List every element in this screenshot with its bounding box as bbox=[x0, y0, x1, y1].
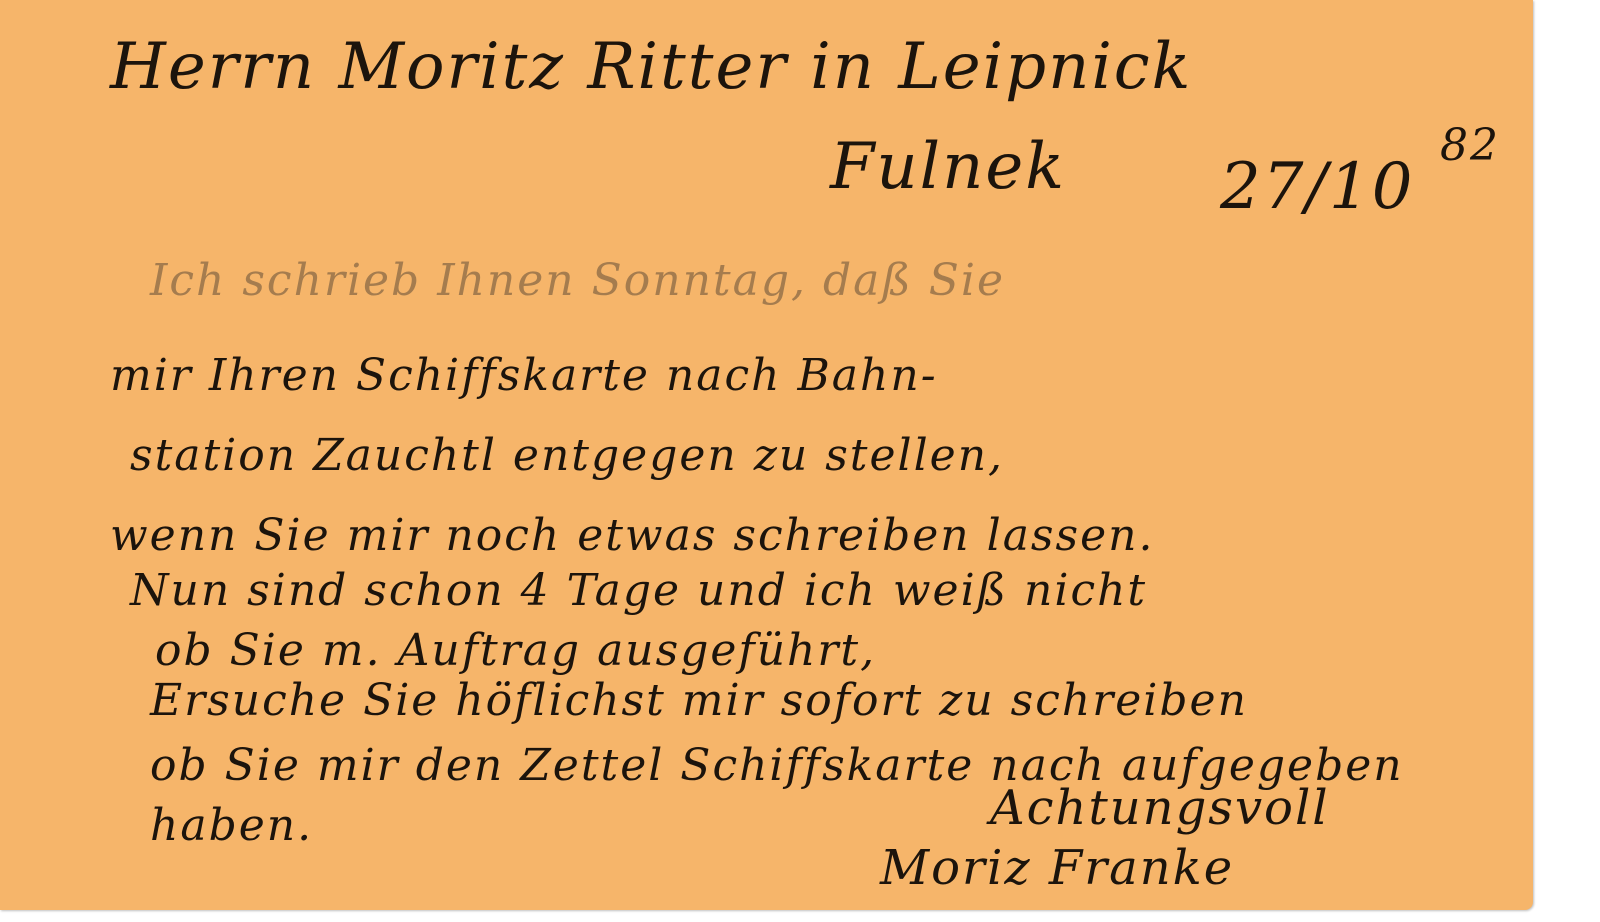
body-line: Nun sind schon 4 Tage und ich weiß nicht bbox=[130, 565, 1147, 616]
date-year: 82 bbox=[1440, 120, 1500, 171]
body-line: wenn Sie mir noch etwas schreiben lassen… bbox=[110, 510, 1154, 561]
body-line: station Zauchtl entgegen zu stellen, bbox=[130, 430, 1004, 481]
body-line: Ersuche Sie höflichst mir sofort zu schr… bbox=[150, 675, 1248, 726]
date-place: Fulnek bbox=[830, 130, 1066, 204]
signature: Moriz Franke bbox=[880, 840, 1234, 896]
postcard: Herrn Moritz Ritter in Leipnick Fulnek 2… bbox=[0, 0, 1533, 910]
address-line: Herrn Moritz Ritter in Leipnick bbox=[110, 30, 1192, 104]
closing: Achtungsvoll bbox=[990, 780, 1330, 836]
date-day-month: 27/10 bbox=[1220, 150, 1414, 224]
body-line: haben. bbox=[150, 800, 313, 851]
body-line: Ich schrieb Ihnen Sonntag, daß Sie bbox=[150, 255, 1005, 306]
body-line: mir Ihren Schiffskarte nach Bahn- bbox=[110, 350, 938, 401]
body-line: ob Sie m. Auftrag ausgeführt, bbox=[155, 625, 876, 676]
